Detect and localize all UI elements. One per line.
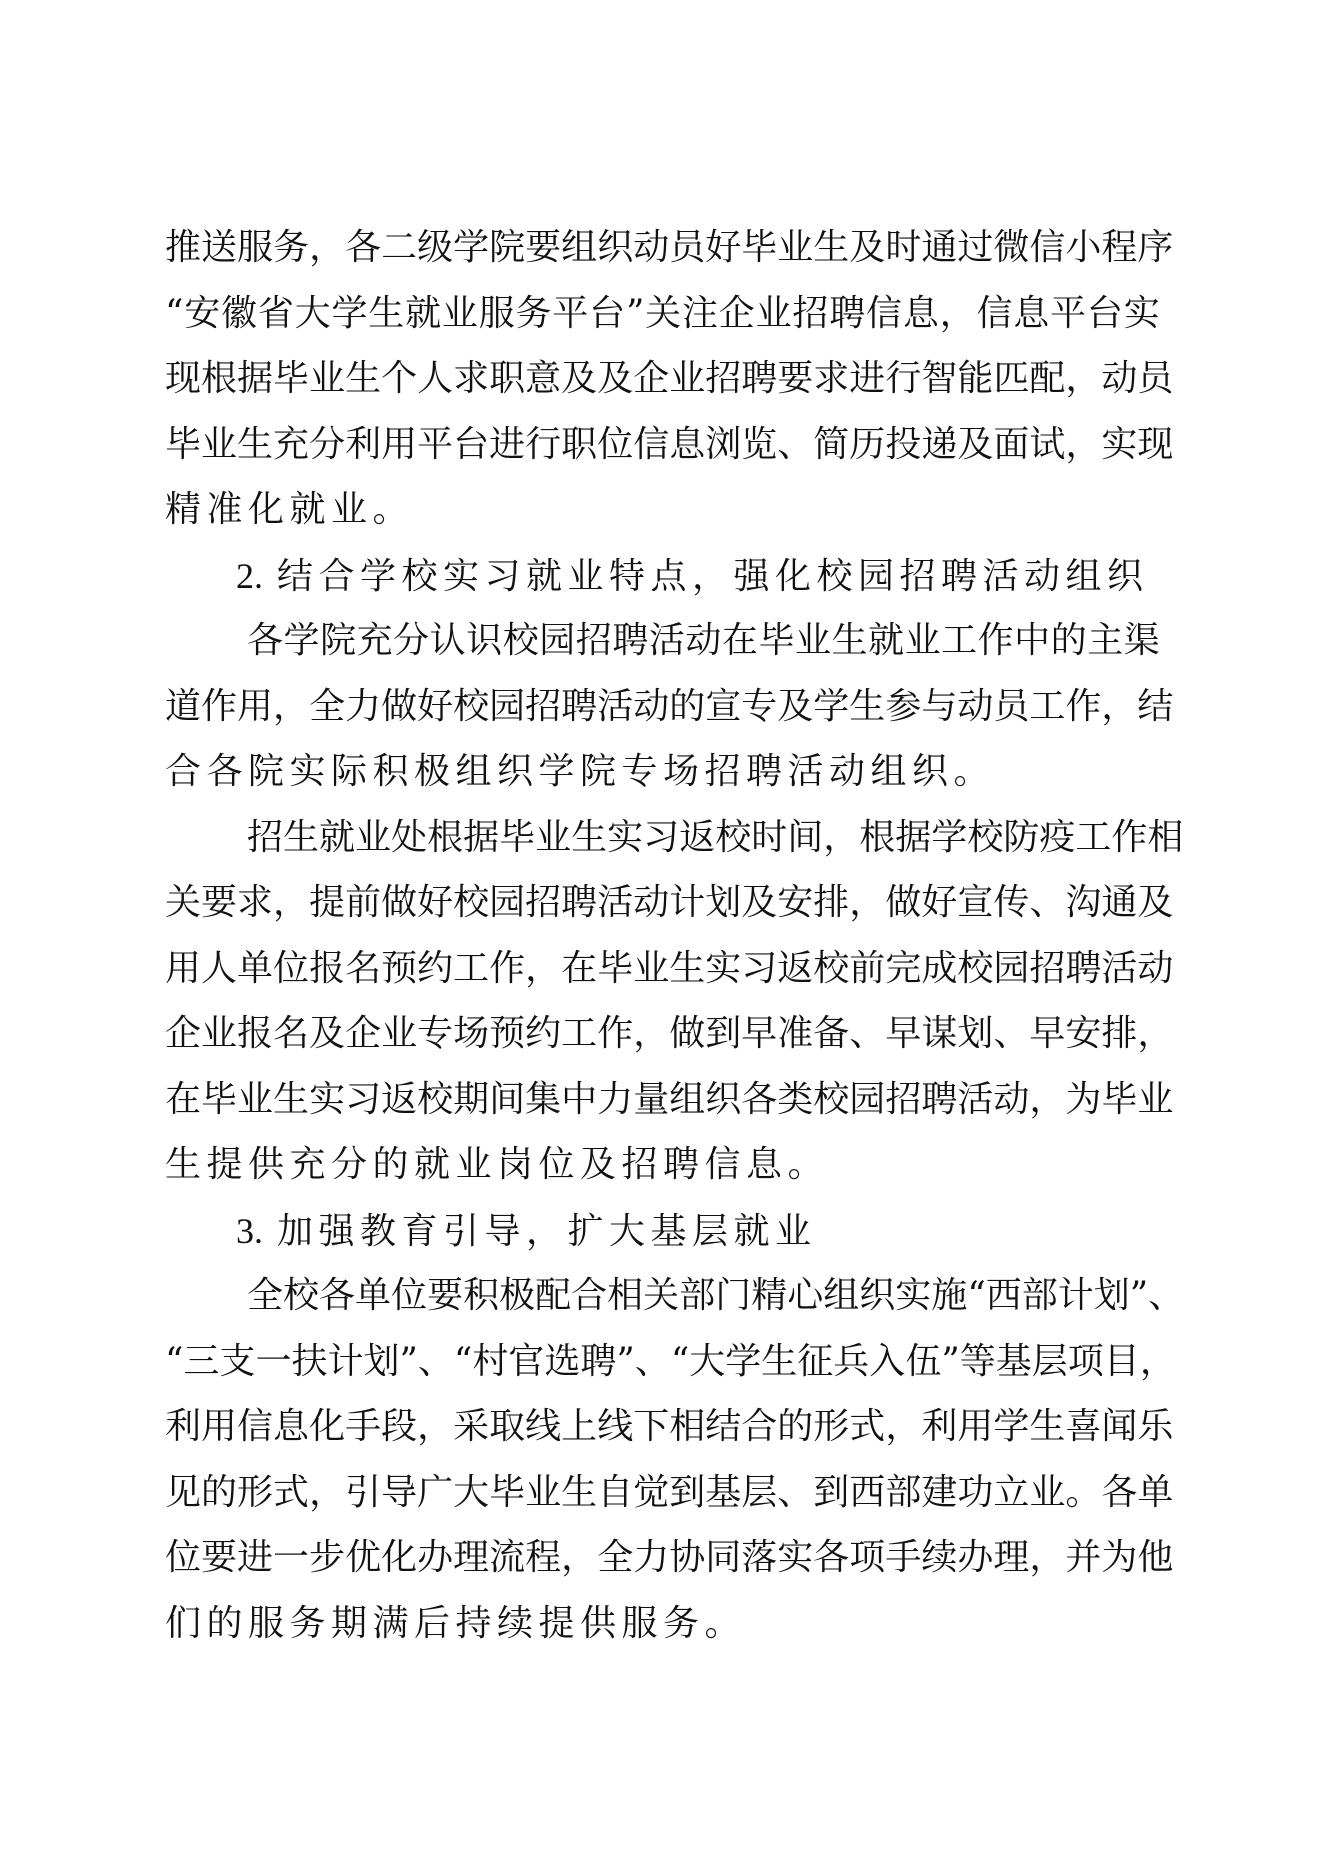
body-line: 在毕业生实习返校期间集中力量组织各类校园招聘活动，为毕业	[165, 1078, 1160, 1122]
body-line: 道作用，全力做好校园招聘活动的宣专及学生参与动员工作，结	[165, 685, 1160, 729]
body-line: “三支一扶计划”、“村官选聘”、“大学生征兵入伍”等基层项目，	[165, 1340, 1160, 1384]
body-line: 用人单位报名预约工作，在毕业生实习返校前完成校园招聘活动	[165, 947, 1160, 991]
body-line: 位要进一步优化办理流程，全力协同落实各项手续办理，并为他	[165, 1536, 1160, 1580]
body-line: 现根据毕业生个人求职意及及企业招聘要求进行智能匹配，动员	[165, 357, 1160, 401]
body-line: 生提供充分的就业岗位及招聘信息。	[165, 1143, 1160, 1187]
body-line: 利用信息化手段，采取线上线下相结合的形式，利用学生喜闻乐	[165, 1405, 1160, 1449]
section-title: 结合学校实习就业特点，强化校园招聘活动组织	[277, 556, 1149, 597]
body-line: 们的服务期满后持续提供服务。	[165, 1602, 1160, 1646]
body-line: 推送服务，各二级学院要组织动员好毕业生及时通过微信小程序	[165, 226, 1160, 270]
body-line: 招生就业处根据毕业生实习返校时间，根据学校防疫工作相	[247, 816, 1160, 860]
section-title: 加强教育引导，扩大基层就业	[277, 1211, 817, 1252]
section-heading-3: 3.加强教育引导，扩大基层就业	[236, 1209, 817, 1253]
document-page: 推送服务，各二级学院要组织动员好毕业生及时通过微信小程序 “安徽省大学生就业服务…	[0, 0, 1323, 1871]
section-number: 3.	[236, 1211, 263, 1251]
body-line: 毕业生充分利用平台进行职位信息浏览、简历投递及面试，实现	[165, 423, 1160, 467]
body-line: 关要求，提前做好校园招聘活动计划及安排，做好宣传、沟通及	[165, 881, 1160, 925]
body-line: 合各院实际积极组织学院专场招聘活动组织。	[165, 750, 1160, 794]
body-line: 企业报名及企业专场预约工作，做到早准备、早谋划、早安排，	[165, 1012, 1160, 1056]
section-heading-2: 2.结合学校实习就业特点，强化校园招聘活动组织	[236, 554, 1149, 598]
body-line: 精准化就业。	[165, 488, 1160, 532]
body-line: 各学院充分认识校园招聘活动在毕业生就业工作中的主渠	[247, 619, 1160, 663]
section-number: 2.	[236, 556, 263, 596]
body-line: 全校各单位要积极配合相关部门精心组织实施“西部计划”、	[247, 1274, 1160, 1318]
body-line: 见的形式，引导广大毕业生自觉到基层、到西部建功立业。各单	[165, 1471, 1160, 1515]
body-line: “安徽省大学生就业服务平台”关注企业招聘信息，信息平台实	[165, 292, 1160, 336]
